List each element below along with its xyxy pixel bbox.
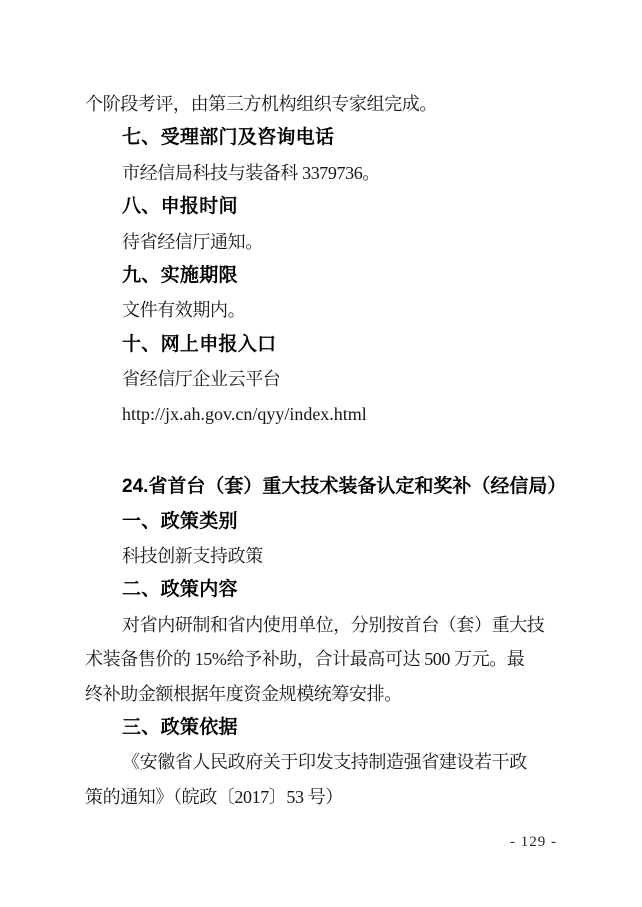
body-line-policy-content-1: 对省内研制和省内使用单位，分别按首台（套）重大技 bbox=[85, 608, 585, 642]
page-number: - 129 - bbox=[510, 832, 557, 852]
body-line-implementation-period: 文件有效期内。 bbox=[85, 293, 585, 327]
heading-9-implementation-period: 九、实施期限 bbox=[85, 259, 585, 293]
body-line-platform-name: 省经信厅企业云平台 bbox=[85, 362, 585, 396]
continuation-paragraph-line: 个阶段考评，由第三方机构组织专家组完成。 bbox=[85, 87, 585, 121]
heading-2-policy-content: 二、政策内容 bbox=[85, 573, 585, 607]
body-line-policy-basis-1: 《安徽省人民政府关于印发支持制造强省建设若干政 bbox=[85, 745, 585, 779]
heading-3-policy-basis: 三、政策依据 bbox=[85, 711, 585, 745]
heading-7-department-contact: 七、受理部门及咨询电话 bbox=[85, 121, 585, 155]
body-line-policy-basis-2: 策的通知》（皖政〔2017〕53 号） bbox=[85, 780, 585, 814]
body-line-department-phone: 市经信局科技与装备科 3379736。 bbox=[85, 156, 585, 190]
blank-line-spacer bbox=[85, 431, 585, 465]
body-line-application-time: 待省经信厅通知。 bbox=[85, 225, 585, 259]
heading-1-policy-category: 一、政策类别 bbox=[85, 505, 585, 539]
document-page: 个阶段考评，由第三方机构组织专家组完成。 七、受理部门及咨询电话 市经信局科技与… bbox=[0, 0, 642, 907]
heading-10-online-entry: 十、网上申报入口 bbox=[85, 328, 585, 362]
body-line-policy-content-2: 术装备售价的 15%给予补助，合计最高可达 500 万元。最 bbox=[85, 642, 585, 676]
body-line-policy-content-3: 终补助金额根据年度资金规模统筹安排。 bbox=[85, 677, 585, 711]
body-line-entry-url: http://jx.ah.gov.cn/qyy/index.html bbox=[85, 397, 585, 431]
document-text-block: 个阶段考评，由第三方机构组织专家组完成。 七、受理部门及咨询电话 市经信局科技与… bbox=[85, 87, 585, 814]
body-line-policy-category: 科技创新支持政策 bbox=[85, 539, 585, 573]
heading-8-application-time: 八、申报时间 bbox=[85, 190, 585, 224]
section-24-title: 24.省首台（套）重大技术装备认定和奖补（经信局） bbox=[85, 470, 585, 504]
